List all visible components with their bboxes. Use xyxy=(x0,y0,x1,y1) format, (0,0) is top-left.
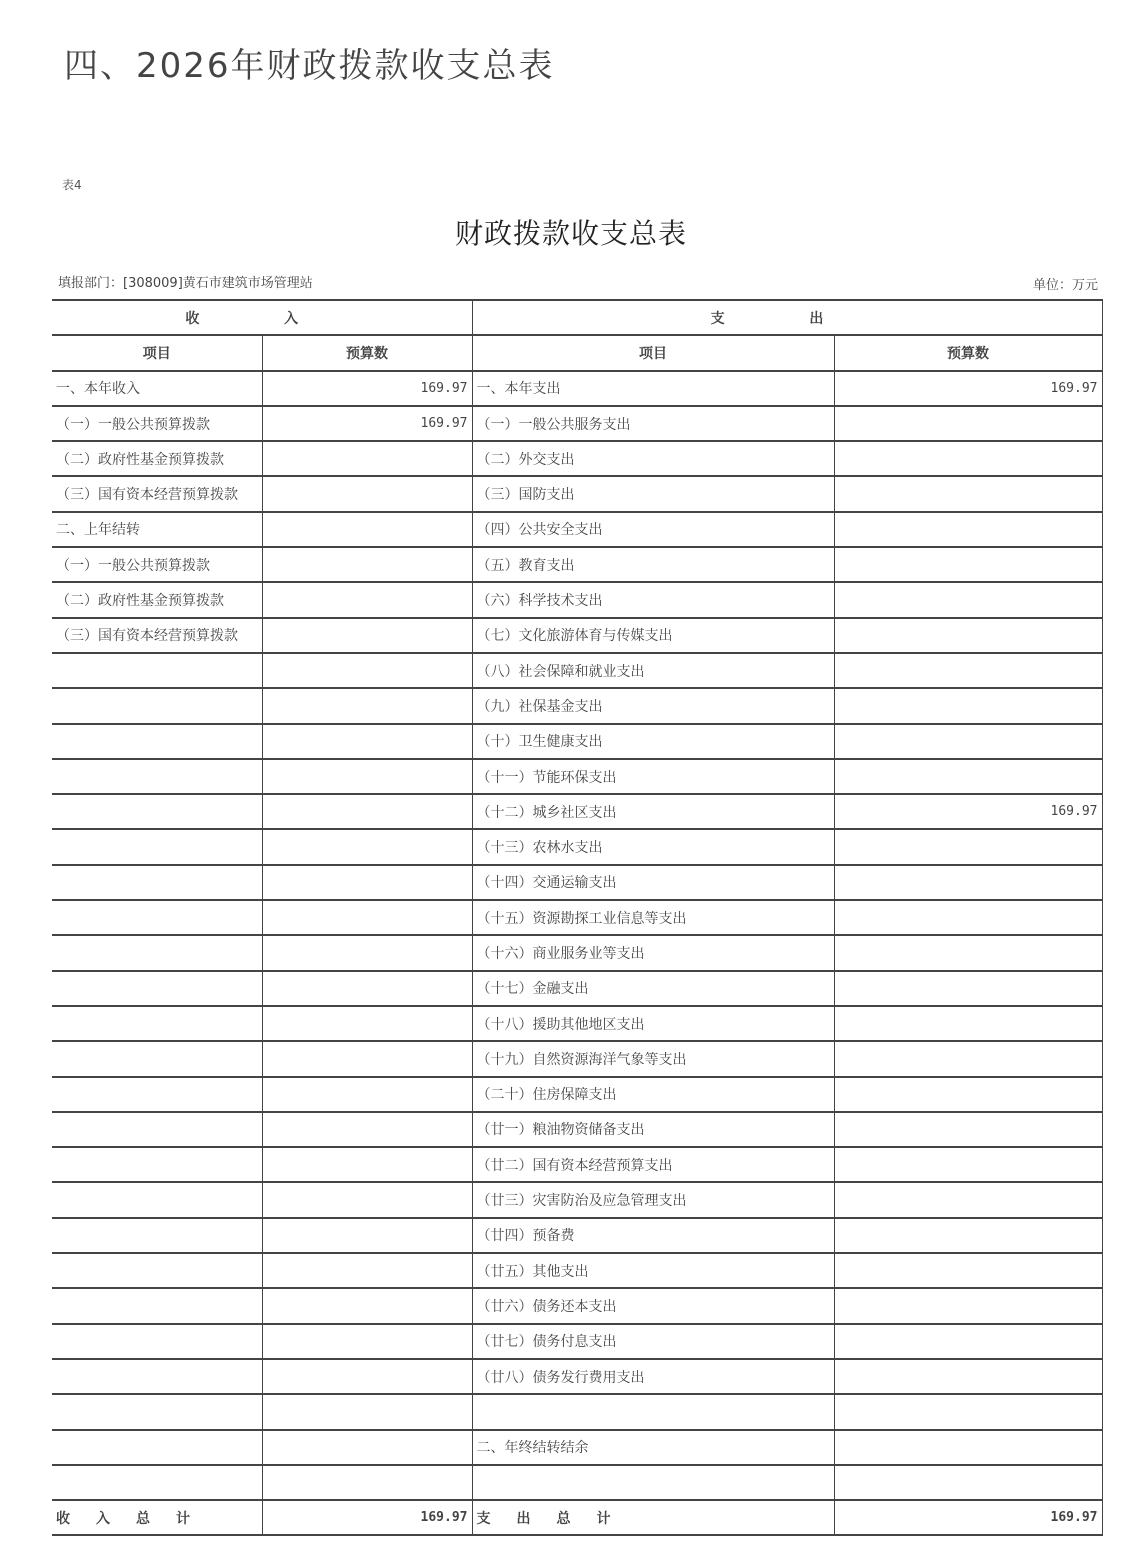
income-total-value: 169.97 xyxy=(262,1500,472,1535)
income-value xyxy=(262,547,472,582)
income-value xyxy=(262,1288,472,1323)
income-item xyxy=(52,1465,262,1500)
income-item xyxy=(52,724,262,759)
expense-value xyxy=(834,865,1102,900)
table-row: （十九）自然资源海洋气象等支出 xyxy=(52,1041,1102,1076)
table-number: 表4 xyxy=(62,176,82,193)
expense-item-header: 项目 xyxy=(472,335,834,370)
income-item xyxy=(52,1324,262,1359)
document-title: 财政拨款收支总表 xyxy=(0,212,1142,252)
table-row: 二、年终结转结余 xyxy=(52,1430,1102,1465)
expense-item: （十八）援助其他地区支出 xyxy=(472,1006,834,1041)
table-row: （廿五）其他支出 xyxy=(52,1253,1102,1288)
expense-value xyxy=(834,618,1102,653)
expense-value xyxy=(834,1430,1102,1465)
income-item: （三）国有资本经营预算拨款 xyxy=(52,618,262,653)
expense-item: （三）国防支出 xyxy=(472,476,834,511)
table-row xyxy=(52,1394,1102,1429)
expense-item: （十六）商业服务业等支出 xyxy=(472,935,834,970)
expense-item: （二）外交支出 xyxy=(472,441,834,476)
expense-value xyxy=(834,547,1102,582)
expense-value xyxy=(834,406,1102,441)
expense-value xyxy=(834,1465,1102,1500)
expense-value xyxy=(834,512,1102,547)
income-item xyxy=(52,1394,262,1429)
income-value xyxy=(262,1182,472,1217)
income-header: 收 入 xyxy=(52,300,472,335)
income-value xyxy=(262,1041,472,1076)
table-row: （三）国有资本经营预算拨款（三）国防支出 xyxy=(52,476,1102,511)
expense-item: （廿八）债务发行费用支出 xyxy=(472,1359,834,1394)
expense-total-label: 支出总计 xyxy=(472,1500,834,1535)
table-row xyxy=(52,1465,1102,1500)
expense-item: （廿六）债务还本支出 xyxy=(472,1288,834,1323)
expense-item: （二十）住房保障支出 xyxy=(472,1077,834,1112)
income-item xyxy=(52,1112,262,1147)
table-row: （廿四）预备费 xyxy=(52,1218,1102,1253)
expense-total-value: 169.97 xyxy=(834,1500,1102,1535)
income-value xyxy=(262,1394,472,1429)
expense-value xyxy=(834,1006,1102,1041)
expense-value xyxy=(834,653,1102,688)
income-value xyxy=(262,1112,472,1147)
expense-value xyxy=(834,1253,1102,1288)
income-value xyxy=(262,1465,472,1500)
income-value xyxy=(262,618,472,653)
expense-item xyxy=(472,1394,834,1429)
income-budget-header: 预算数 xyxy=(262,335,472,370)
expense-item: 一、本年支出 xyxy=(472,371,834,406)
expense-value xyxy=(834,476,1102,511)
income-value xyxy=(262,1077,472,1112)
expense-item: （廿二）国有资本经营预算支出 xyxy=(472,1147,834,1182)
income-value: 169.97 xyxy=(262,371,472,406)
income-item xyxy=(52,653,262,688)
income-value xyxy=(262,1359,472,1394)
expense-value xyxy=(834,935,1102,970)
table-row: （二十）住房保障支出 xyxy=(52,1077,1102,1112)
expense-item: （十五）资源勘探工业信息等支出 xyxy=(472,900,834,935)
expense-item: （廿四）预备费 xyxy=(472,1218,834,1253)
income-item: （一）一般公共预算拨款 xyxy=(52,547,262,582)
table-row: （十）卫生健康支出 xyxy=(52,724,1102,759)
income-value xyxy=(262,900,472,935)
income-total-label: 收入总计 xyxy=(52,1500,262,1535)
income-value xyxy=(262,688,472,723)
income-item: （二）政府性基金预算拨款 xyxy=(52,441,262,476)
income-item xyxy=(52,829,262,864)
table-row: （十六）商业服务业等支出 xyxy=(52,935,1102,970)
income-value xyxy=(262,1253,472,1288)
table-row: 一、本年收入169.97一、本年支出169.97 xyxy=(52,371,1102,406)
expense-value xyxy=(834,1182,1102,1217)
expense-value xyxy=(834,759,1102,794)
table-row: （三）国有资本经营预算拨款（七）文化旅游体育与传媒支出 xyxy=(52,618,1102,653)
table-row: （十四）交通运输支出 xyxy=(52,865,1102,900)
expense-value xyxy=(834,1394,1102,1429)
income-item xyxy=(52,688,262,723)
table-row: （一）一般公共预算拨款（五）教育支出 xyxy=(52,547,1102,582)
income-item xyxy=(52,865,262,900)
expense-value: 169.97 xyxy=(834,794,1102,829)
expense-item: （十七）金融支出 xyxy=(472,971,834,1006)
section-title: 四、2026年财政拨款收支总表 xyxy=(64,38,555,87)
income-value xyxy=(262,1218,472,1253)
income-value xyxy=(262,829,472,864)
income-item-header: 项目 xyxy=(52,335,262,370)
expense-value xyxy=(834,582,1102,617)
income-value xyxy=(262,1324,472,1359)
expense-item: （五）教育支出 xyxy=(472,547,834,582)
income-item xyxy=(52,971,262,1006)
table-row: （二）政府性基金预算拨款（六）科学技术支出 xyxy=(52,582,1102,617)
expense-item: 二、年终结转结余 xyxy=(472,1430,834,1465)
table-row: （十二）城乡社区支出169.97 xyxy=(52,794,1102,829)
expense-value xyxy=(834,900,1102,935)
table-row: （十三）农林水支出 xyxy=(52,829,1102,864)
table-row: （廿六）债务还本支出 xyxy=(52,1288,1102,1323)
totals-row: 收入总计169.97支出总计169.97 xyxy=(52,1500,1102,1535)
expense-budget-header: 预算数 xyxy=(834,335,1102,370)
expense-value xyxy=(834,1077,1102,1112)
table-row: （廿七）债务付息支出 xyxy=(52,1324,1102,1359)
expense-item: （十）卫生健康支出 xyxy=(472,724,834,759)
income-item xyxy=(52,1253,262,1288)
income-item xyxy=(52,1006,262,1041)
table-row: （十八）援助其他地区支出 xyxy=(52,1006,1102,1041)
expense-value xyxy=(834,829,1102,864)
expense-item: （十三）农林水支出 xyxy=(472,829,834,864)
income-item xyxy=(52,794,262,829)
expense-value xyxy=(834,971,1102,1006)
table-row: （十一）节能环保支出 xyxy=(52,759,1102,794)
table-row: （十五）资源勘探工业信息等支出 xyxy=(52,900,1102,935)
income-item xyxy=(52,900,262,935)
income-item: （三）国有资本经营预算拨款 xyxy=(52,476,262,511)
table-row: （一）一般公共预算拨款169.97（一）一般公共服务支出 xyxy=(52,406,1102,441)
expense-item: （廿七）债务付息支出 xyxy=(472,1324,834,1359)
table-row: （廿二）国有资本经营预算支出 xyxy=(52,1147,1102,1182)
expense-value xyxy=(834,688,1102,723)
table-row: （九）社保基金支出 xyxy=(52,688,1102,723)
expense-item: （一）一般公共服务支出 xyxy=(472,406,834,441)
budget-table: 收 入 支 出 项目 预算数 项目 预算数 一、本年收入169.97一、本年支出… xyxy=(52,299,1103,1536)
expense-value xyxy=(834,1041,1102,1076)
table-row: （廿三）灾害防治及应急管理支出 xyxy=(52,1182,1102,1217)
income-value xyxy=(262,724,472,759)
expense-header: 支 出 xyxy=(472,300,1102,335)
expense-item: （四）公共安全支出 xyxy=(472,512,834,547)
income-item xyxy=(52,1288,262,1323)
income-value xyxy=(262,1147,472,1182)
expense-item: （十四）交通运输支出 xyxy=(472,865,834,900)
expense-item: （十二）城乡社区支出 xyxy=(472,794,834,829)
income-item: 二、上年结转 xyxy=(52,512,262,547)
income-value xyxy=(262,1430,472,1465)
income-item xyxy=(52,1147,262,1182)
expense-value xyxy=(834,1288,1102,1323)
income-item xyxy=(52,935,262,970)
expense-item: （十一）节能环保支出 xyxy=(472,759,834,794)
expense-value xyxy=(834,1112,1102,1147)
income-value xyxy=(262,794,472,829)
expense-value xyxy=(834,724,1102,759)
income-item xyxy=(52,1041,262,1076)
expense-value xyxy=(834,1147,1102,1182)
expense-value xyxy=(834,1324,1102,1359)
table-row: （十七）金融支出 xyxy=(52,971,1102,1006)
table-row: （廿一）粮油物资储备支出 xyxy=(52,1112,1102,1147)
expense-item xyxy=(472,1465,834,1500)
expense-value: 169.97 xyxy=(834,371,1102,406)
expense-item: （九）社保基金支出 xyxy=(472,688,834,723)
income-item xyxy=(52,1218,262,1253)
income-item xyxy=(52,1359,262,1394)
unit-label: 单位：万元 xyxy=(1033,274,1098,293)
reporting-department: 填报部门：[308009]黄石市建筑市场管理站 xyxy=(58,272,313,291)
expense-item: （廿三）灾害防治及应急管理支出 xyxy=(472,1182,834,1217)
income-item: 一、本年收入 xyxy=(52,371,262,406)
table-row: 二、上年结转（四）公共安全支出 xyxy=(52,512,1102,547)
table-row: （廿八）债务发行费用支出 xyxy=(52,1359,1102,1394)
income-value: 169.97 xyxy=(262,406,472,441)
table-row: （二）政府性基金预算拨款（二）外交支出 xyxy=(52,441,1102,476)
expense-item: （十九）自然资源海洋气象等支出 xyxy=(472,1041,834,1076)
expense-item: （六）科学技术支出 xyxy=(472,582,834,617)
expense-item: （七）文化旅游体育与传媒支出 xyxy=(472,618,834,653)
income-item xyxy=(52,1430,262,1465)
expense-value xyxy=(834,1359,1102,1394)
income-value xyxy=(262,441,472,476)
expense-value xyxy=(834,441,1102,476)
income-value xyxy=(262,759,472,794)
income-value xyxy=(262,512,472,547)
income-value xyxy=(262,582,472,617)
expense-item: （廿五）其他支出 xyxy=(472,1253,834,1288)
income-item xyxy=(52,1077,262,1112)
income-item xyxy=(52,1182,262,1217)
income-item: （一）一般公共预算拨款 xyxy=(52,406,262,441)
expense-item: （八）社会保障和就业支出 xyxy=(472,653,834,688)
table-row: （八）社会保障和就业支出 xyxy=(52,653,1102,688)
income-value xyxy=(262,476,472,511)
expense-value xyxy=(834,1218,1102,1253)
income-value xyxy=(262,653,472,688)
income-item xyxy=(52,759,262,794)
income-value xyxy=(262,865,472,900)
income-value xyxy=(262,1006,472,1041)
expense-item: （廿一）粮油物资储备支出 xyxy=(472,1112,834,1147)
income-value xyxy=(262,971,472,1006)
income-value xyxy=(262,935,472,970)
income-item: （二）政府性基金预算拨款 xyxy=(52,582,262,617)
